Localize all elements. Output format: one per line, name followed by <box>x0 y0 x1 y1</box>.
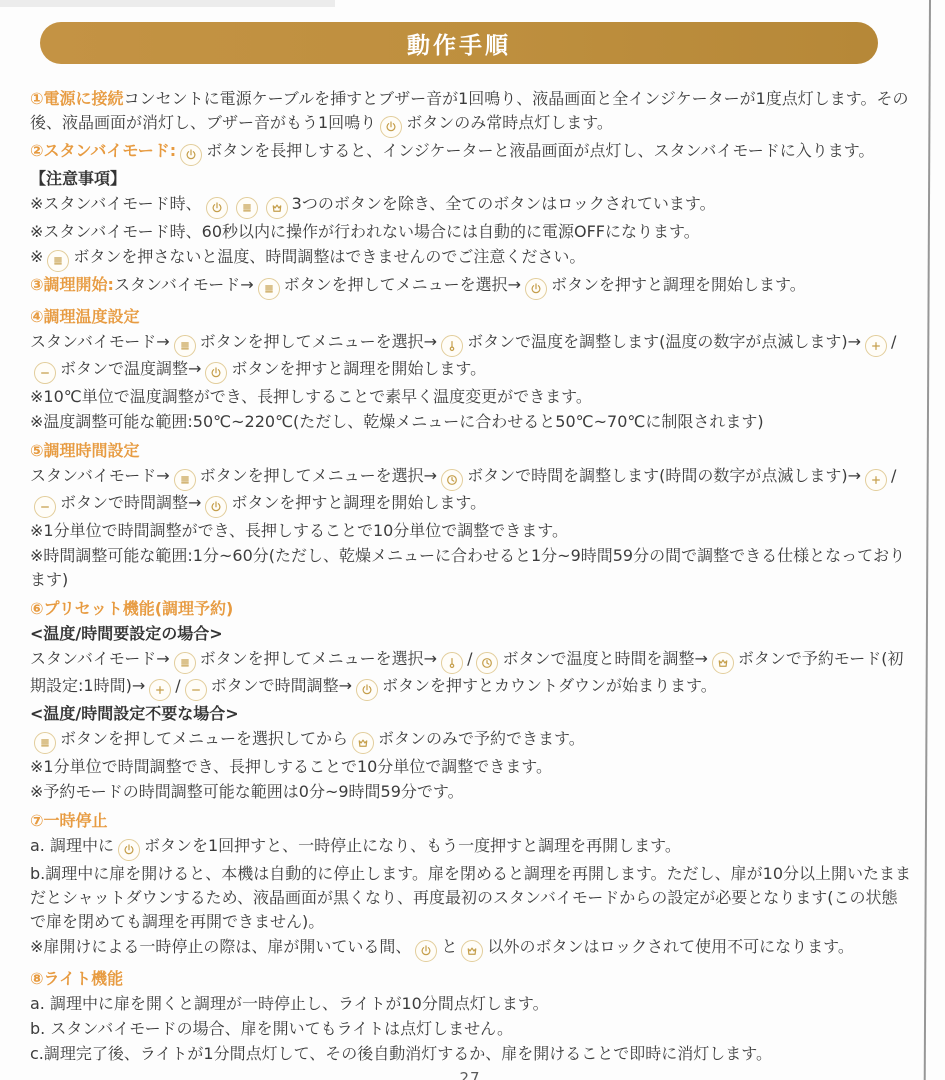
content-paragraph: c.調理完了後、ライトが1分間点灯して、その後自動消灯するか、扉を開けることで即… <box>30 1042 912 1066</box>
body-text: ボタンを1回押すと、一時停止になり、もう一度押すと調理を再開します。 <box>144 836 681 855</box>
body-text: / <box>175 676 180 695</box>
power-icon <box>205 362 227 384</box>
minus-icon <box>34 496 56 518</box>
power-icon <box>415 940 437 962</box>
temperature-icon <box>441 652 463 674</box>
body-text: ボタンのみ常時点灯します。 <box>406 113 613 132</box>
content-paragraph: b. スタンバイモードの場合、扉を開いてもライトは点灯しません。 <box>30 1017 912 1041</box>
body-text: ボタンで温度と時間を調整→ <box>502 649 707 668</box>
plus-icon <box>149 679 171 701</box>
section-label: ⑦一時停止 <box>30 811 108 830</box>
sub-heading-text: <温度/時間要設定の場合> <box>30 624 223 643</box>
content-paragraph: b.調理中に扉を開けると、本機は自動的に停止します。扉を閉めると調理を再開します… <box>30 862 912 934</box>
body-text: ※10℃単位で温度調整ができ、長押しすることで素早く温度変更ができます。 <box>30 387 592 406</box>
body-text: ボタンを押してメニューを選択→ <box>200 466 437 485</box>
sub-heading: 【注意事項】 <box>30 167 912 191</box>
body-text: / <box>891 332 896 351</box>
power-icon <box>356 679 378 701</box>
body-text: ボタンを長押しすると、インジケーターと液晶画面が点灯し、スタンバイモードに入りま… <box>206 141 874 160</box>
content-paragraph: ※スタンバイモード時、60秒以内に操作が行われない場合には自動的に電源OFFにな… <box>30 220 912 244</box>
section-label: ①電源に接続 <box>30 89 124 108</box>
body-text: / <box>467 649 472 668</box>
content-paragraph: a. 調理中に扉を開くと調理が一時停止し、ライトが10分間点灯します。 <box>30 992 912 1016</box>
preset-icon <box>266 197 288 219</box>
instructions-content: ①電源に接続コンセントに電源ケーブルを挿すとブザー音が1回鳴り、液晶画面と全イン… <box>30 86 912 1067</box>
section-label: ③調理開始: <box>30 275 114 294</box>
menu-icon <box>258 278 280 300</box>
power-icon <box>180 144 202 166</box>
body-text: ※時間調整可能な範囲:1分~60分(ただし、乾燥メニューに合わせると1分~9時間… <box>30 546 905 589</box>
body-text: ボタンで温度調整→ <box>60 359 201 378</box>
menu-icon <box>236 197 258 219</box>
sub-heading-text: 【注意事項】 <box>30 169 126 188</box>
body-text: ボタンを押すとカウントダウンが始まります。 <box>382 676 717 695</box>
preset-icon <box>352 732 374 754</box>
power-icon <box>206 197 228 219</box>
section-heading: ⑤調理時間設定 <box>30 439 912 463</box>
body-text: ボタンを押すと調理を開始します。 <box>231 359 486 378</box>
content-paragraph: ③調理開始:スタンバイモード→ボタンを押してメニューを選択→ボタンを押すと調理を… <box>30 273 912 300</box>
body-text: ボタンのみで予約できます。 <box>378 729 585 748</box>
body-text: スタンバイモード→ <box>30 466 170 485</box>
body-text: ボタンを押してメニューを選択→ <box>284 275 521 294</box>
body-text: スタンバイモード→ <box>30 649 170 668</box>
sub-heading: <温度/時間設定不要な場合> <box>30 702 912 726</box>
body-text: ※扉開けによる一時停止の際は、扉が開いている間、 <box>30 937 411 956</box>
section-heading: ④調理温度設定 <box>30 305 912 329</box>
menu-icon <box>47 250 69 272</box>
body-text: ※スタンバイモード時、60秒以内に操作が行われない場合には自動的に電源OFFにな… <box>30 222 700 241</box>
body-text: ボタンで時間調整→ <box>60 493 201 512</box>
manual-page: 動作手順 ①電源に接続コンセントに電源ケーブルを挿すとブザー音が1回鳴り、液晶画… <box>0 0 945 1080</box>
section-title-banner: 動作手順 <box>40 22 878 64</box>
body-text: スタンバイモード→ <box>30 332 170 351</box>
section-heading: ⑦一時停止 <box>30 809 912 833</box>
content-paragraph: ※ボタンを押さないと温度、時間調整はできませんのでご注意ください。 <box>30 245 912 272</box>
section-label: ⑥プリセット機能(調理予約) <box>30 599 233 618</box>
section-heading: ⑧ライト機能 <box>30 967 912 991</box>
scan-artifact <box>0 0 335 7</box>
body-text: ボタンで温度を調整します(温度の数字が点滅します)→ <box>467 332 861 351</box>
content-paragraph: ※10℃単位で温度調整ができ、長押しすることで素早く温度変更ができます。 <box>30 385 912 409</box>
content-paragraph: ※1分単位で時間調整ができ、長押しすることで10分単位で調整できます。 <box>30 519 912 543</box>
body-text: ボタンを押してメニューを選択→ <box>200 649 437 668</box>
body-text: a. 調理中に <box>30 836 114 855</box>
plus-icon <box>865 469 887 491</box>
body-text: ボタンを押してメニューを選択→ <box>200 332 437 351</box>
body-text: a. 調理中に扉を開くと調理が一時停止し、ライトが10分間点灯します。 <box>30 994 549 1013</box>
body-text: 以外のボタンはロックされて使用不可になります。 <box>487 937 853 956</box>
body-text: / <box>891 466 896 485</box>
timer-icon <box>441 469 463 491</box>
body-text: ※温度調整可能な範囲:50℃~220℃(ただし、乾燥メニューに合わせると50℃~… <box>30 412 764 431</box>
power-icon <box>380 116 402 138</box>
body-text: ※1分単位で時間調整でき、長押しすることで10分単位で調整できます。 <box>30 757 552 776</box>
body-text: ボタンを押してメニューを選択してから <box>60 729 348 748</box>
content-paragraph: ※扉開けによる一時停止の際は、扉が開いている間、と以外のボタンはロックされて使用… <box>30 935 912 962</box>
preset-icon <box>712 652 734 674</box>
menu-icon <box>174 652 196 674</box>
content-paragraph: ボタンを押してメニューを選択してからボタンのみで予約できます。 <box>30 727 912 754</box>
body-text: b.調理中に扉を開けると、本機は自動的に停止します。扉を閉めると調理を再開します… <box>30 864 911 931</box>
content-paragraph: ※スタンバイモード時、3つのボタンを除き、全てのボタンはロックされています。 <box>30 192 912 219</box>
section-label: ⑤調理時間設定 <box>30 441 140 460</box>
content-paragraph: ※1分単位で時間調整でき、長押しすることで10分単位で調整できます。 <box>30 755 912 779</box>
body-text: ※ <box>30 247 43 266</box>
power-icon <box>205 496 227 518</box>
section-heading: ⑥プリセット機能(調理予約) <box>30 597 912 621</box>
content-paragraph: ※時間調整可能な範囲:1分~60分(ただし、乾燥メニューに合わせると1分~9時間… <box>30 544 912 592</box>
power-icon <box>525 278 547 300</box>
body-text: ボタンを押すと調理を開始します。 <box>551 275 806 294</box>
content-paragraph: ※温度調整可能な範囲:50℃~220℃(ただし、乾燥メニューに合わせると50℃~… <box>30 410 912 434</box>
body-text: ボタンで時間を調整します(時間の数字が点滅します)→ <box>467 466 861 485</box>
body-text: ボタンを押さないと温度、時間調整はできませんのでご注意ください。 <box>73 247 585 266</box>
body-text: b. スタンバイモードの場合、扉を開いてもライトは点灯しません。 <box>30 1019 513 1038</box>
content-paragraph: ※予約モードの時間調整可能な範囲は0分~9時間59分です。 <box>30 780 912 804</box>
sub-heading-text: <温度/時間設定不要な場合> <box>30 704 239 723</box>
minus-icon <box>185 679 207 701</box>
page-edge-line <box>924 0 931 1080</box>
body-text: と <box>441 937 457 956</box>
plus-icon <box>865 335 887 357</box>
content-paragraph: スタンバイモード→ボタンを押してメニューを選択→ボタンで温度を調整します(温度の… <box>30 330 912 384</box>
content-paragraph: ①電源に接続コンセントに電源ケーブルを挿すとブザー音が1回鳴り、液晶画面と全イン… <box>30 87 912 138</box>
content-paragraph: a. 調理中にボタンを1回押すと、一時停止になり、もう一度押すと調理を再開します… <box>30 834 912 861</box>
body-text: ボタンを押すと調理を開始します。 <box>231 493 486 512</box>
section-label: ②スタンバイモード: <box>30 141 176 160</box>
content-paragraph: ②スタンバイモード:ボタンを長押しすると、インジケーターと液晶画面が点灯し、スタ… <box>30 139 912 166</box>
page-title: 動作手順 <box>407 27 511 60</box>
temperature-icon <box>441 335 463 357</box>
section-label: ④調理温度設定 <box>30 307 140 326</box>
minus-icon <box>34 362 56 384</box>
menu-icon <box>174 335 196 357</box>
body-text: c.調理完了後、ライトが1分間点灯して、その後自動消灯するか、扉を開けることで即… <box>30 1044 772 1063</box>
timer-icon <box>476 652 498 674</box>
body-text: スタンバイモード→ <box>114 275 254 294</box>
body-text: ※スタンバイモード時、 <box>30 194 202 213</box>
body-text: ※1分単位で時間調整ができ、長押しすることで10分単位で調整できます。 <box>30 521 568 540</box>
sub-heading: <温度/時間要設定の場合> <box>30 622 912 646</box>
body-text: ※予約モードの時間調整可能な範囲は0分~9時間59分です。 <box>30 782 464 801</box>
body-text: 3つのボタンを除き、全てのボタンはロックされています。 <box>292 194 716 213</box>
section-label: ⑧ライト機能 <box>30 969 123 988</box>
power-icon <box>118 839 140 861</box>
page-number: 27 <box>30 1069 910 1080</box>
content-paragraph: スタンバイモード→ボタンを押してメニューを選択→/ボタンで温度と時間を調整→ボタ… <box>30 647 912 701</box>
menu-icon <box>34 732 56 754</box>
menu-icon <box>174 469 196 491</box>
content-paragraph: スタンバイモード→ボタンを押してメニューを選択→ボタンで時間を調整します(時間の… <box>30 464 912 518</box>
preset-icon <box>461 940 483 962</box>
body-text: ボタンで時間調整→ <box>211 676 352 695</box>
